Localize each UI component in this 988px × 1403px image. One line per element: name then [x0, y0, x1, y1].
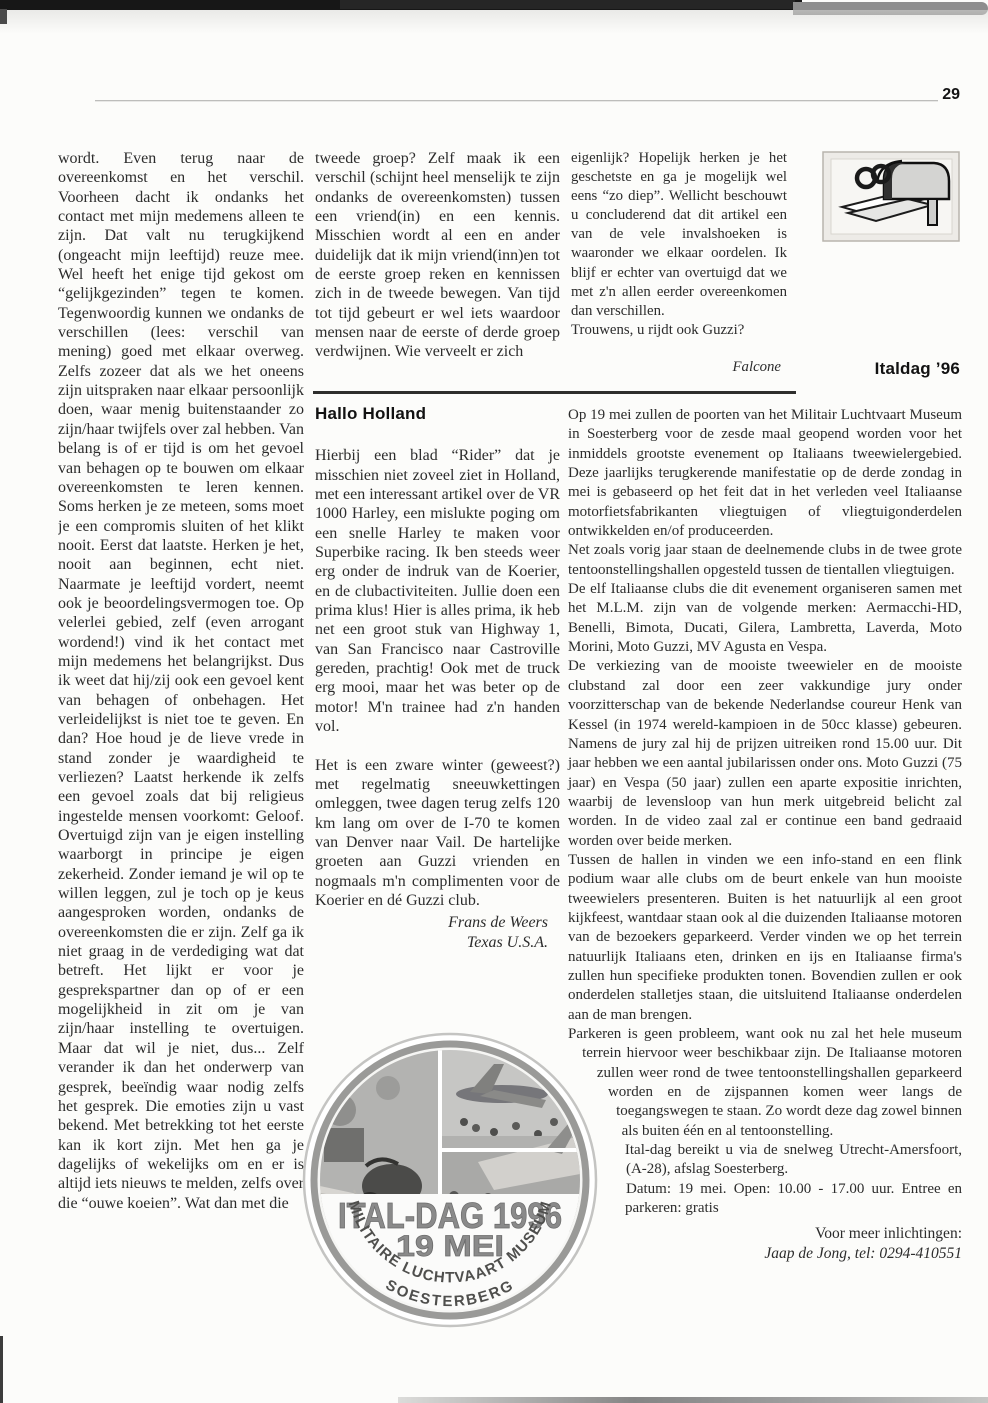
- italdag-para: Tussen de hallen in vinden we een info-s…: [568, 851, 962, 1025]
- italdag-para: Net zoals vorig jaar staan de deelnemend…: [568, 541, 962, 580]
- signature-place: Texas U.S.A.: [315, 933, 548, 952]
- italdag-para: Datum: 19 mei. Open: 10.00 - 17.00 uur. …: [568, 1180, 962, 1219]
- mailbox-icon: [822, 151, 960, 242]
- section-divider-rule: [313, 391, 796, 394]
- italdag-section: Op 19 mei zullen de poorten van het Mili…: [568, 406, 962, 1356]
- letter-signature-frans: Frans de Weers Texas U.S.A.: [315, 913, 560, 952]
- italdag-para: De verkiezing van de mooiste tweewieler …: [568, 657, 962, 850]
- letters-column-3: eigenlijk? Hopelijk herken je het gesche…: [571, 149, 787, 377]
- paragraph-gap: [315, 737, 560, 756]
- italdag-para: Op 19 mei zullen de poorten van het Mili…: [568, 406, 962, 541]
- hallo-holland-para1: Hierbij een blad “Rider” dat je misschie…: [315, 446, 560, 736]
- letters-column-3-para2: Trouwens, u rijdt ook Guzzi?: [571, 321, 787, 340]
- scan-edge-top-dark: [340, 0, 795, 9]
- logo-date: 19 MEI: [396, 1230, 504, 1263]
- magazine-page: 29 wordt. Even terug naar de overeenkoms…: [0, 0, 988, 1403]
- hallo-holland-heading: Hallo Holland: [315, 404, 560, 423]
- ital-dag-badge-icon: ITAL-DAG 1996 19 MEI MILITAIRE LUCHTVAAR…: [300, 1030, 600, 1330]
- letters-column-1: wordt. Even terug naar de overeenkomst e…: [58, 149, 304, 1355]
- italdag-para: Parkeren is geen probleem, want ook nu z…: [568, 1025, 962, 1141]
- signature-name: Frans de Weers: [315, 913, 548, 932]
- letter-signature-falcone: Falcone: [571, 358, 787, 377]
- letters-column-2: tweede groep? Zelf maak ik een verschil …: [315, 149, 560, 382]
- italdag-heading: Italdag ’96: [758, 359, 960, 379]
- scan-edge-left: [0, 1336, 3, 1403]
- scan-edge-bottom: [398, 1397, 988, 1403]
- scan-edge-nub: [0, 9, 7, 24]
- scan-edge-shadow: [0, 10, 988, 34]
- italdag-para: De elf Italiaanse clubs die dit evenemen…: [568, 580, 962, 657]
- ital-dag-logo: ITAL-DAG 1996 19 MEI MILITAIRE LUCHTVAAR…: [300, 1030, 600, 1330]
- hallo-holland-para2: Het is een zware winter (geweest?) met r…: [315, 756, 560, 911]
- italdag-para: Ital-dag bereikt u via de snelweg Utrech…: [568, 1141, 962, 1180]
- hallo-holland-section: Hallo Holland Hierbij een blad “Rider” d…: [315, 404, 560, 952]
- page-number: 29: [888, 86, 960, 104]
- letters-column-3-para1: eigenlijk? Hopelijk herken je het gesche…: [571, 149, 787, 321]
- mailbox-illustration: [822, 151, 960, 242]
- header-rule: [95, 100, 938, 101]
